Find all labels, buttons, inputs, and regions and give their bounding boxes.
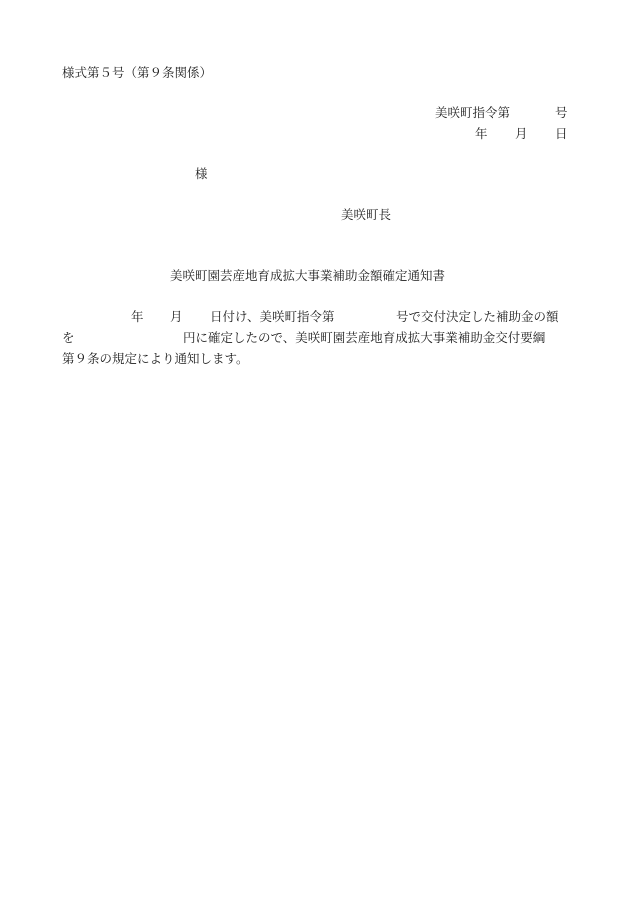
form-label: 様式第５号（第９条関係） bbox=[62, 67, 212, 80]
body-line1-tail: 号で交付決定した補助金の額 bbox=[396, 311, 559, 324]
reference-number-prefix: 美咲町指令第 bbox=[435, 107, 510, 120]
date-month: 月 bbox=[515, 128, 528, 141]
document-title: 美咲町園芸産地育成拡大事業補助金額確定通知書 bbox=[170, 270, 445, 283]
date-year: 年 bbox=[475, 128, 488, 141]
body-line2-head: を bbox=[62, 332, 75, 345]
addressee-suffix: 様 bbox=[195, 168, 208, 181]
date-day: 日 bbox=[555, 128, 568, 141]
body-line2-tail: 円に確定したので、美咲町園芸産地育成拡大事業補助金交付要綱 bbox=[183, 332, 545, 345]
body-day-text: 日付け、美咲町指令第 bbox=[210, 311, 335, 324]
issuer-name: 美咲町長 bbox=[341, 209, 391, 222]
reference-number-suffix: 号 bbox=[555, 107, 568, 120]
body-month: 月 bbox=[170, 311, 183, 324]
body-line3: 第９条の規定により通知します。 bbox=[62, 353, 249, 366]
body-year: 年 bbox=[131, 311, 144, 324]
document-page: 様式第５号（第９条関係） 美咲町指令第 号 年 月 日 様 美咲町長 美咲町園芸… bbox=[0, 0, 630, 903]
